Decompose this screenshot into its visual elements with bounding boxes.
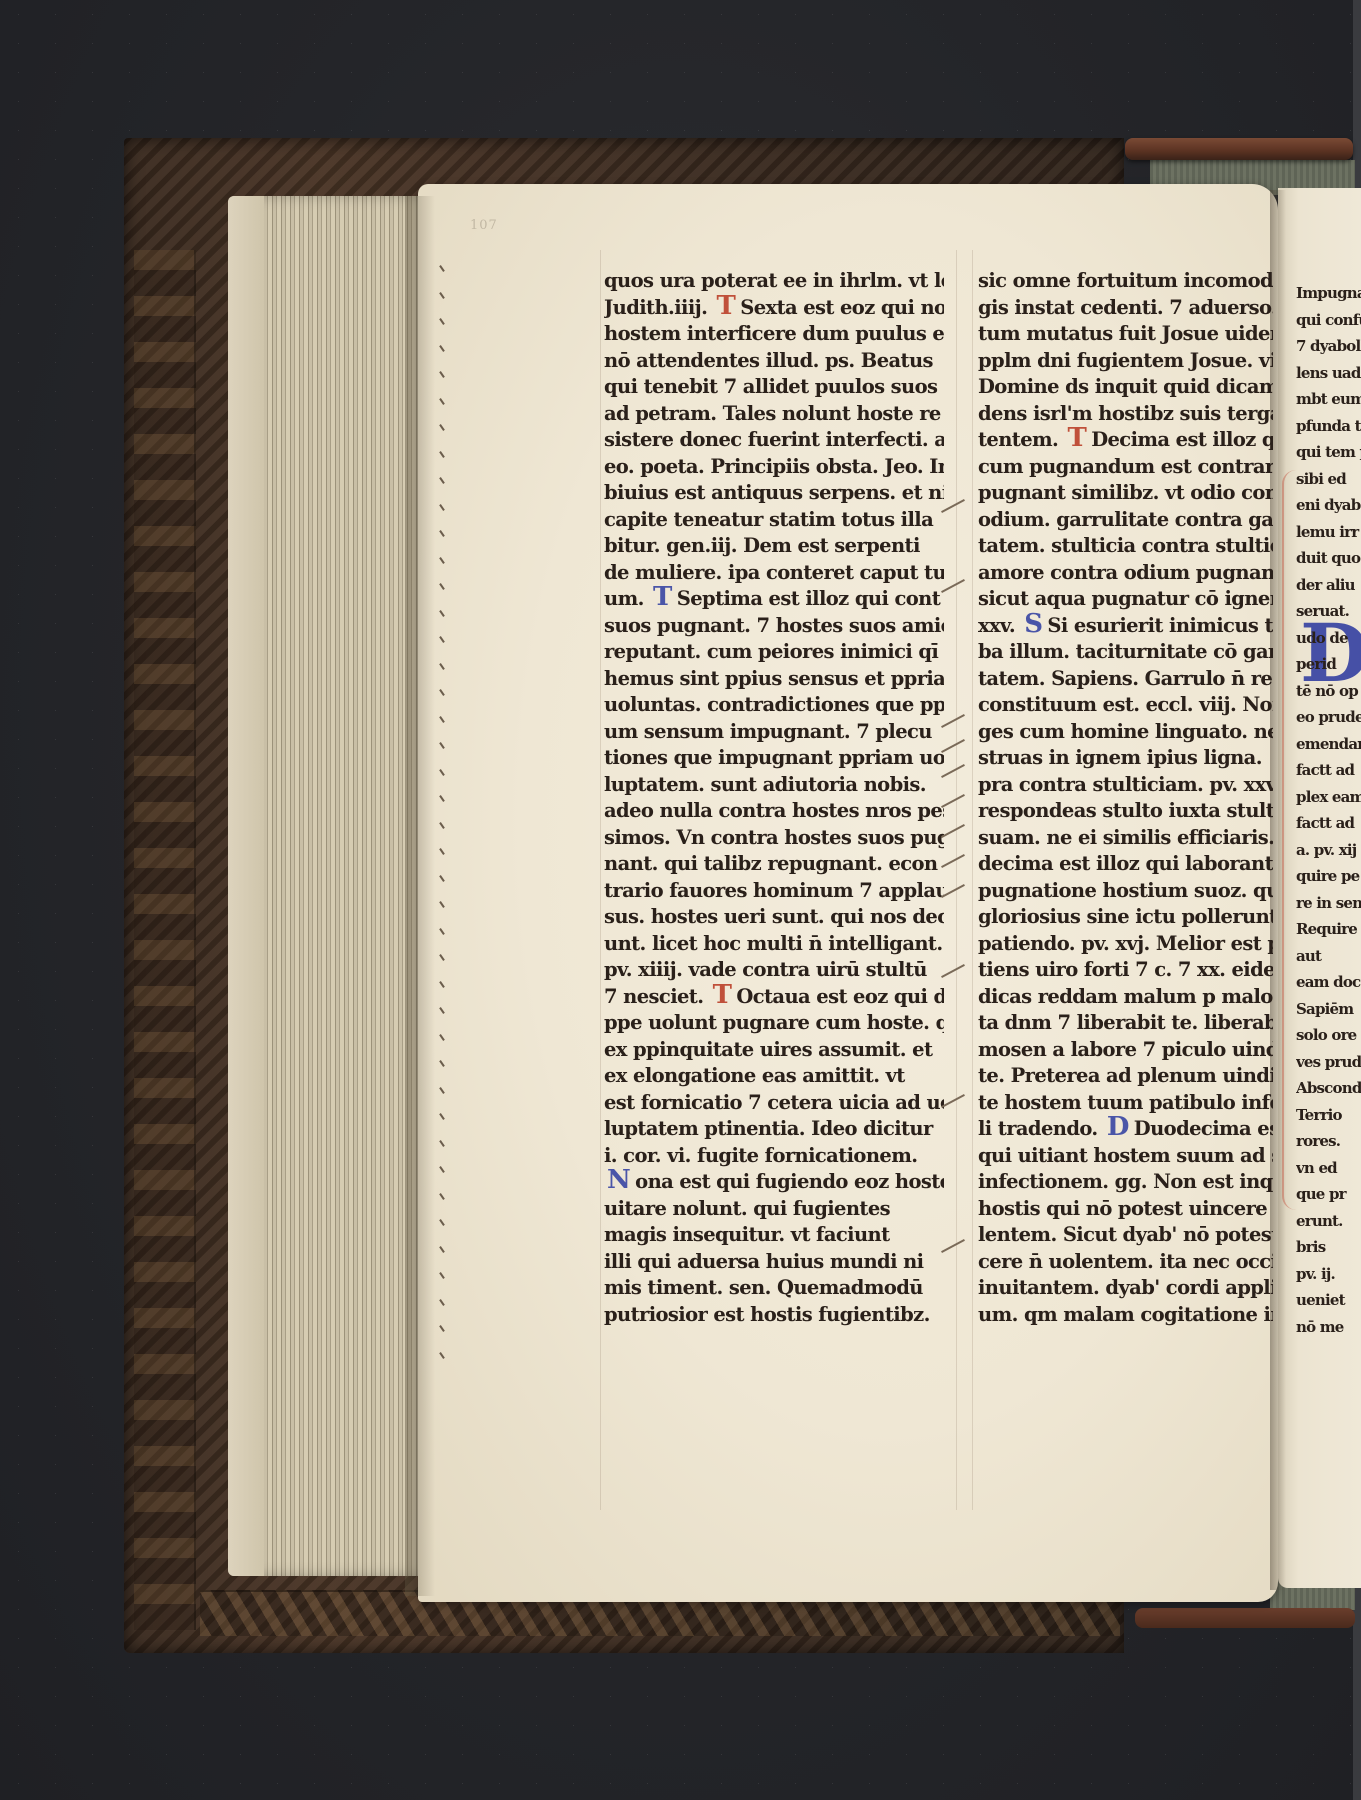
line-text: tiens uiro forti 7 c. 7 xx. eidem. Ne	[978, 958, 1273, 981]
line-text: tiones que impugnant ppriam uo	[604, 746, 944, 769]
line-text: hostis qui nō potest uincere n̄ uo	[978, 1197, 1273, 1220]
line-text: luptatem. sunt adiutoria nobis.	[604, 773, 926, 796]
line-text: ex elongatione eas amittit. vt	[604, 1064, 905, 1087]
text-line: nant. qui talibz repugnant. econ	[604, 851, 944, 878]
blind-tooled-border-left	[134, 250, 196, 1630]
line-text: gis instat cedenti. 7 aduerso. vil	[978, 296, 1273, 319]
text-line: lens uad	[1296, 360, 1361, 387]
text-line: ta dnm 7 liberabit te. liberabit	[978, 1010, 1273, 1037]
text-line: suos pugnant. 7 hostes suos amicos	[604, 613, 944, 640]
line-text: trario fauores hominum 7 applau	[604, 879, 944, 902]
text-line: que pr	[1296, 1181, 1361, 1208]
text-line: hostem interficere dum puulus est.	[604, 321, 944, 348]
text-column-right: sic omne fortuitum incomodū magis instat…	[978, 268, 1273, 1328]
text-line: um sensum impugnant. 7 plecu	[604, 719, 944, 746]
blue-initial: D	[1104, 1116, 1132, 1138]
text-line: der aliu	[1296, 572, 1361, 599]
line-prefix: um.	[604, 587, 644, 610]
text-line: 7 nesciet. TOctaua est eoz qui de	[604, 984, 944, 1011]
text-line: duit quo	[1296, 545, 1361, 572]
text-line: respondeas stulto iuxta stulticia	[978, 798, 1273, 825]
text-line: xxv. SSi esurierit inimicus tuus	[978, 613, 1273, 640]
line-text: eo. poeta. Principiis obsta. Jeo. In	[604, 455, 944, 478]
line-text: tatem. stulticia contra stulticiā. p	[978, 534, 1273, 557]
line-text: tatem. Sapiens. Garrulo n̄ resi	[978, 667, 1273, 690]
line-text: tum mutatus fuit Josue uidens	[978, 322, 1273, 345]
text-line: tentem. TDecima est illoz q	[978, 427, 1273, 454]
text-line: pfunda t	[1296, 413, 1361, 440]
line-text: te. Preterea ad plenum uindicab	[978, 1064, 1273, 1087]
text-line: dicas reddam malum p malo. exp	[978, 984, 1273, 1011]
text-line: sus. hostes ueri sunt. qui nos decipi	[604, 904, 944, 931]
leaves-fore-edge	[228, 196, 264, 1576]
text-line: pv. ij.	[1296, 1261, 1361, 1288]
text-line: eo. poeta. Principiis obsta. Jeo. In	[604, 454, 944, 481]
text-line: i. cor. vi. fugite fornicationem.	[604, 1143, 944, 1170]
line-text: ona est qui fugiendo eoz hoste	[635, 1170, 944, 1193]
text-line: bris	[1296, 1234, 1361, 1261]
text-line: amore contra odium pugnandu	[978, 560, 1273, 587]
text-line: mosen a labore 7 piculo uindica	[978, 1037, 1273, 1064]
text-line: li tradendo. DDuodecima est	[978, 1116, 1273, 1143]
text-line: udo de	[1296, 625, 1361, 652]
text-line: putriosior est hostis fugientibz.	[604, 1302, 944, 1329]
line-prefix: 7 nesciet.	[604, 985, 703, 1008]
line-text: infectionem. gg. Non est inqua	[978, 1170, 1273, 1193]
line-text: adeo nulla contra hostes nros pes	[604, 799, 944, 822]
text-line: perid	[1296, 651, 1361, 678]
line-text: Duodecima est	[1134, 1117, 1273, 1140]
text-line: pugnant similibz. vt odio contr	[978, 480, 1273, 507]
line-text: qui uitiant hostem suum ad su	[978, 1144, 1273, 1167]
text-line: gloriosius sine ictu pollerunt u	[978, 904, 1273, 931]
text-line: ppe uolunt pugnare cum hoste. q	[604, 1010, 944, 1037]
text-line: erunt.	[1296, 1208, 1361, 1235]
text-line: tatem. stulticia contra stulticiā. p	[978, 533, 1273, 560]
line-text: Si esurierit inimicus tuus	[1047, 614, 1273, 637]
line-text: decima est illoz qui laborant in	[978, 852, 1273, 875]
text-line: nō me	[1296, 1314, 1361, 1341]
text-line: decima est illoz qui laborant in	[978, 851, 1273, 878]
line-prefix: li tradendo.	[978, 1117, 1098, 1140]
text-line: eam docet	[1296, 969, 1361, 996]
line-text: sistere donec fuerint interfecti. ab	[604, 428, 944, 451]
line-text: te hostem tuum patibulo infer	[978, 1091, 1273, 1114]
line-text: putriosior est hostis fugientibz.	[604, 1303, 930, 1326]
text-line: ex elongatione eas amittit. vt	[604, 1063, 944, 1090]
line-text: hemus sint ppius sensus et ppria	[604, 667, 944, 690]
text-line: mis timent. sen. Quemadmodū	[604, 1275, 944, 1302]
line-text: ppe uolunt pugnare cum hoste. q	[604, 1011, 944, 1034]
text-line: tiones que impugnant ppriam uo	[604, 745, 944, 772]
text-line: pv. xiiij. vade contra uirū stultū	[604, 957, 944, 984]
line-prefix: Judith.iiij.	[604, 296, 707, 319]
text-line: hostis qui nō potest uincere n̄ uo	[978, 1196, 1273, 1223]
line-text: quos ura poterat ee in ihrlm. vt legr	[604, 269, 944, 292]
line-text: nant. qui talibz repugnant. econ	[604, 852, 938, 875]
line-text: est fornicatio 7 cetera uicia ad uo	[604, 1091, 944, 1114]
text-line: te. Preterea ad plenum uindicab	[978, 1063, 1273, 1090]
text-line: gis instat cedenti. 7 aduerso. vil	[978, 295, 1273, 322]
line-text: sicut aqua pugnatur cō ignem. p	[978, 587, 1273, 610]
text-line: odium. garrulitate contra garr	[978, 507, 1273, 534]
text-line: mbt eum	[1296, 386, 1361, 413]
text-column-left: quos ura poterat ee in ihrlm. vt legrJud…	[604, 268, 944, 1328]
text-line: factt ad	[1296, 810, 1361, 837]
text-line: tē nō op	[1296, 678, 1361, 705]
text-line: rores.	[1296, 1128, 1361, 1155]
line-text: struas in ignem ipius ligna.	[978, 746, 1262, 769]
text-line: qui confu	[1296, 307, 1361, 334]
text-line: Require	[1296, 916, 1361, 943]
line-text: qui tenebit 7 allidet puulos suos	[604, 375, 937, 398]
line-text: cere n̄ uolentem. ita nec occidere	[978, 1250, 1273, 1273]
text-line: sicut aqua pugnatur cō ignem. p	[978, 586, 1273, 613]
line-text: ta dnm 7 liberabit te. liberabit	[978, 1011, 1273, 1034]
text-line: est fornicatio 7 cetera uicia ad uo	[604, 1090, 944, 1117]
line-text: capite teneatur statim totus illa	[604, 508, 933, 531]
line-text: odium. garrulitate contra garr	[978, 508, 1273, 531]
line-prefix: xxv.	[978, 614, 1015, 637]
line-text: Domine ds inquit quid dicam	[978, 375, 1273, 398]
folio-number: 107	[470, 218, 498, 233]
line-prefix: tentem.	[978, 428, 1058, 451]
text-line: re in sen	[1296, 890, 1361, 917]
text-column-recto-fragment: Impugnaqui confu7 dyabolllens uadmbt eum…	[1296, 280, 1361, 1340]
text-line: plex eam	[1296, 784, 1361, 811]
text-line: adeo nulla contra hostes nros pes	[604, 798, 944, 825]
text-line: qui uitiant hostem suum ad su	[978, 1143, 1273, 1170]
red-initial: T	[710, 984, 735, 1006]
line-text: ad petram. Tales nolunt hoste re	[604, 402, 941, 425]
text-line: tum mutatus fuit Josue uidens	[978, 321, 1273, 348]
ruling-line	[956, 250, 957, 1510]
text-line: patiendo. pv. xvj. Melior est pa	[978, 931, 1273, 958]
line-text: amore contra odium pugnandu	[978, 561, 1273, 584]
text-line: constituum est. eccl. viij. Non lit	[978, 692, 1273, 719]
text-line: eo pruden	[1296, 704, 1361, 731]
line-text: dicas reddam malum p malo. exp	[978, 985, 1273, 1008]
line-text: inuitantem. dyab' cordi applicat gl	[978, 1276, 1273, 1299]
text-line: eni dyab	[1296, 492, 1361, 519]
line-text: pugnatione hostium suoz. quos	[978, 879, 1273, 902]
blue-initial: S	[1021, 613, 1045, 635]
line-text: Septima est illoz qui cont	[677, 587, 940, 610]
red-initial: T	[714, 295, 739, 317]
line-text: de muliere. ipa conteret caput tu	[604, 561, 944, 584]
text-line: pra contra stulticiam. pv. xxv.	[978, 772, 1273, 799]
line-text: hostem interficere dum puulus est.	[604, 322, 944, 345]
text-line: Nona est qui fugiendo eoz hoste	[604, 1169, 944, 1196]
line-text: pv. xiiij. vade contra uirū stultū	[604, 958, 927, 981]
red-initial: T	[1064, 427, 1089, 449]
text-line: luptatem ptinentia. Ideo dicitur	[604, 1116, 944, 1143]
line-text: unt. licet hoc multi n̄ intelligant.	[604, 932, 943, 955]
line-text: Sexta est eoz qui nolt	[740, 296, 944, 319]
page-shadow	[405, 196, 435, 1596]
text-line: sic omne fortuitum incomodū ma	[978, 268, 1273, 295]
line-text: magis insequitur. vt faciunt	[604, 1223, 890, 1246]
line-text: pra contra stulticiam. pv. xxv.	[978, 773, 1273, 796]
line-text: Octaua est eoz qui de	[736, 985, 944, 1008]
line-text: sus. hostes ueri sunt. qui nos decipi	[604, 905, 944, 928]
text-line: hemus sint ppius sensus et ppria	[604, 666, 944, 693]
ruling-line	[972, 250, 973, 1510]
text-line: Absconde	[1296, 1075, 1361, 1102]
text-line: a. pv. xij	[1296, 837, 1361, 864]
text-line: qui tem p	[1296, 439, 1361, 466]
text-line: unt. licet hoc multi n̄ intelligant.	[604, 931, 944, 958]
text-line: biuius est antiquus serpens. et nisi	[604, 480, 944, 507]
text-line: um. qm malam cogitatione immi	[978, 1302, 1273, 1329]
clasp-rod-top	[1125, 138, 1353, 160]
text-line: dens isrl'm hostibz suis terga	[978, 401, 1273, 428]
text-line: cum pugnandum est contrari	[978, 454, 1273, 481]
text-line: aut	[1296, 943, 1361, 970]
text-line: quos ura poterat ee in ihrlm. vt legr	[604, 268, 944, 295]
text-line: struas in ignem ipius ligna.	[978, 745, 1273, 772]
text-line: ex ppinquitate uires assumit. et	[604, 1037, 944, 1064]
text-line: nō attendentes illud. ps. Beatus	[604, 348, 944, 375]
text-line: sistere donec fuerint interfecti. ab	[604, 427, 944, 454]
text-line: ves prude	[1296, 1049, 1361, 1076]
line-text: gloriosius sine ictu pollerunt u	[978, 905, 1273, 928]
text-line: Domine ds inquit quid dicam	[978, 374, 1273, 401]
text-line: suam. ne ei similis efficiaris.U	[978, 825, 1273, 852]
text-line: Impugna	[1296, 280, 1361, 307]
ruling-line	[600, 250, 601, 1510]
text-line: qui tenebit 7 allidet puulos suos	[604, 374, 944, 401]
line-text: respondeas stulto iuxta stulticia	[978, 799, 1273, 822]
text-line: lemu irr	[1296, 519, 1361, 546]
line-text: dens isrl'm hostibz suis terga	[978, 402, 1273, 425]
text-line: 7 dyaboll	[1296, 333, 1361, 360]
text-line: quire pe	[1296, 863, 1361, 890]
line-text: ba illum. taciturnitate cō garr	[978, 640, 1273, 663]
line-text: cum pugnandum est contrari	[978, 455, 1273, 478]
line-text: biuius est antiquus serpens. et nisi	[604, 481, 944, 504]
line-text: nō attendentes illud. ps. Beatus	[604, 349, 933, 372]
line-text: illi qui aduersa huius mundi ni	[604, 1250, 923, 1273]
text-line: factt ad	[1296, 757, 1361, 784]
line-text: suos pugnant. 7 hostes suos amicos	[604, 614, 944, 637]
line-text: mosen a labore 7 piculo uindica	[978, 1038, 1273, 1061]
text-line: magis insequitur. vt faciunt	[604, 1222, 944, 1249]
line-text: um. qm malam cogitatione immi	[978, 1303, 1273, 1326]
text-line: Judith.iiij. TSexta est eoz qui nolt	[604, 295, 944, 322]
text-line: ad petram. Tales nolunt hoste re	[604, 401, 944, 428]
line-text: simos. Vn contra hostes suos pug	[604, 826, 944, 849]
text-line: Terrio	[1296, 1102, 1361, 1129]
blue-initial: T	[650, 586, 675, 608]
text-line: infectionem. gg. Non est inqua	[978, 1169, 1273, 1196]
text-line: ba illum. taciturnitate cō garr	[978, 639, 1273, 666]
text-line: pplm dni fugientem Josue. vij.	[978, 348, 1273, 375]
text-line: ges cum homine linguato. ne	[978, 719, 1273, 746]
line-text: patiendo. pv. xvj. Melior est pa	[978, 932, 1273, 955]
text-line: uoluntas. contradictiones que ppri	[604, 692, 944, 719]
line-text: um sensum impugnant. 7 plecu	[604, 720, 932, 743]
text-line: um. TSeptima est illoz qui cont	[604, 586, 944, 613]
text-line: luptatem. sunt adiutoria nobis.	[604, 772, 944, 799]
text-line: reputant. cum peiores inimici qī	[604, 639, 944, 666]
line-text: lentem. Sicut dyab' nō potest ui	[978, 1223, 1273, 1246]
line-text: reputant. cum peiores inimici qī	[604, 640, 938, 663]
line-text: mis timent. sen. Quemadmodū	[604, 1276, 923, 1299]
line-text: Decima est illoz q	[1091, 428, 1273, 451]
text-line: trario fauores hominum 7 applau	[604, 878, 944, 905]
text-line: emendari	[1296, 731, 1361, 758]
text-line: simos. Vn contra hostes suos pug	[604, 825, 944, 852]
text-line: tiens uiro forti 7 c. 7 xx. eidem. Ne	[978, 957, 1273, 984]
line-text: ex ppinquitate uires assumit. et	[604, 1038, 932, 1061]
text-line: cere n̄ uolentem. ita nec occidere	[978, 1249, 1273, 1276]
line-text: bitur. gen.iij. Dem est serpenti	[604, 534, 920, 557]
text-line: sibi ed	[1296, 466, 1361, 493]
clasp-rod-bottom	[1135, 1608, 1355, 1628]
text-line: inuitantem. dyab' cordi applicat gl	[978, 1275, 1273, 1302]
text-line: Sapiēm	[1296, 996, 1361, 1023]
line-text: constituum est. eccl. viij. Non lit	[978, 693, 1273, 716]
line-text: luptatem ptinentia. Ideo dicitur	[604, 1117, 933, 1140]
line-text: uitare nolunt. qui fugientes	[604, 1197, 890, 1220]
text-line: bitur. gen.iij. Dem est serpenti	[604, 533, 944, 560]
text-line: seruat.	[1296, 598, 1361, 625]
text-line: pugnatione hostium suoz. quos	[978, 878, 1273, 905]
line-text: i. cor. vi. fugite fornicationem.	[604, 1144, 917, 1167]
text-line: uitare nolunt. qui fugientes	[604, 1196, 944, 1223]
text-line: solo ore e	[1296, 1022, 1361, 1049]
blue-initial: N	[604, 1169, 633, 1191]
line-text: suam. ne ei similis efficiaris.	[978, 826, 1273, 849]
text-line: capite teneatur statim totus illa	[604, 507, 944, 534]
text-line: tatem. Sapiens. Garrulo n̄ resi	[978, 666, 1273, 693]
line-text: sic omne fortuitum incomodū ma	[978, 269, 1273, 292]
line-text: uoluntas. contradictiones que ppri	[604, 693, 944, 716]
text-line: vn ed	[1296, 1155, 1361, 1182]
line-text: ges cum homine linguato. ne	[978, 720, 1273, 743]
line-text: pugnant similibz. vt odio contr	[978, 481, 1273, 504]
line-text: pplm dni fugientem Josue. vij.	[978, 349, 1273, 372]
text-line: lentem. Sicut dyab' nō potest ui	[978, 1222, 1273, 1249]
text-line: ueniet	[1296, 1287, 1361, 1314]
text-line: illi qui aduersa huius mundi ni	[604, 1249, 944, 1276]
